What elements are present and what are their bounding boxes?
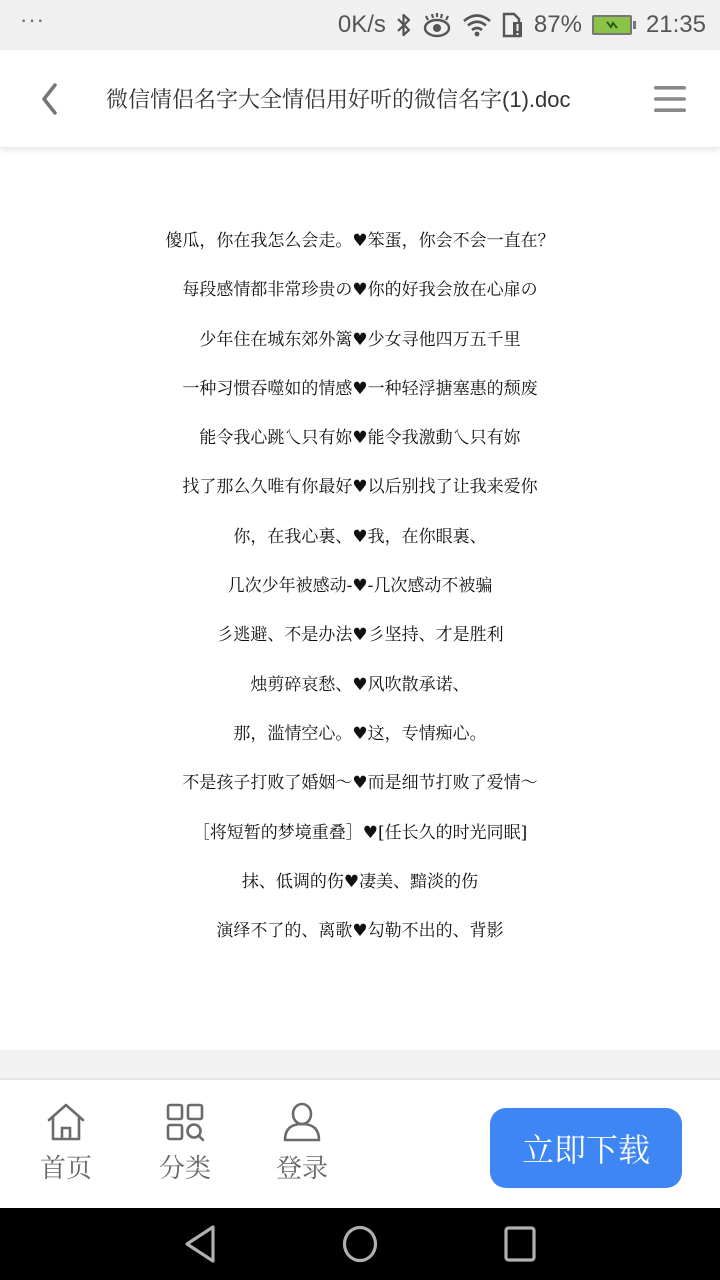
clock: 21:35 — [646, 11, 706, 39]
network-speed: 0K/s — [338, 11, 386, 39]
nav-home-label: 首页 — [40, 1148, 92, 1185]
battery-percent: 87% — [534, 11, 582, 39]
document-title: 微信情侣名字大全情侣用好听的微信名字(1).doc — [106, 83, 620, 114]
nav-home[interactable]: 首页 — [26, 1102, 106, 1192]
bluetooth-icon — [396, 12, 412, 38]
screen: ··· 0K/s 87% 21:35 — [0, 0, 720, 1280]
document-line: 你，在我心裏、♥我，在你眼裏、 — [233, 522, 486, 571]
menu-button[interactable] — [620, 50, 720, 148]
home-icon — [45, 1102, 87, 1142]
nav-login[interactable]: 登录 — [262, 1102, 342, 1192]
eye-icon — [422, 12, 452, 38]
overflow-dots: ··· — [20, 9, 45, 31]
wifi-icon — [462, 13, 492, 37]
document-line: 每段感情都非常珍贵の♥你的好我会放在心扉の — [182, 275, 537, 324]
recents-square-icon — [502, 1224, 538, 1264]
system-recents-button[interactable] — [480, 1208, 560, 1280]
document-line: 几次少年被感动-♥-几次感动不被骗 — [228, 571, 493, 620]
battery-charging-icon — [592, 15, 636, 35]
document-line: 那，滥情空心。♥这，专情痴心。 — [233, 719, 486, 768]
sim-alert-icon — [502, 12, 524, 38]
document-line: 不是孩子打败了婚姻～♥而是细节打败了爱情～ — [182, 768, 537, 817]
nav-login-label: 登录 — [276, 1148, 328, 1185]
back-triangle-icon — [182, 1224, 218, 1264]
chevron-left-icon — [39, 82, 59, 116]
user-icon — [281, 1102, 323, 1142]
document-line: 演绎不了的、离歌♥勾勒不出的、背影 — [216, 916, 503, 965]
status-bar: ··· 0K/s 87% 21:35 — [0, 0, 720, 50]
document-line: 烛剪碎哀愁、♥风吹散承诺、 — [250, 670, 469, 719]
page-separator — [0, 1050, 720, 1078]
document-text: 傻瓜，你在我怎么会走。♥笨蛋，你会不会一直在？ 每段感情都非常珍贵の♥你的好我会… — [0, 226, 720, 965]
back-button[interactable] — [0, 50, 100, 148]
system-back-button[interactable] — [160, 1208, 240, 1280]
system-navigation-bar — [0, 1208, 720, 1280]
document-line: 能令我心跳乀只有妳♥能令我激動乀只有妳 — [199, 423, 520, 472]
download-button[interactable]: 立即下载 — [490, 1108, 682, 1188]
nav-category-label: 分类 — [159, 1148, 211, 1185]
document-line: 一种习惯吞噬如的情感♥一种轻浮搪塞惠的颓废 — [182, 374, 537, 423]
app-header: 微信情侣名字大全情侣用好听的微信名字(1).doc — [0, 50, 720, 148]
system-home-button[interactable] — [320, 1208, 400, 1280]
status-icons: 0K/s 87% 21:35 — [338, 11, 706, 39]
bottom-toolbar: 首页 分类 登录 立即下载 — [0, 1078, 720, 1208]
home-circle-icon — [341, 1224, 379, 1264]
hamburger-menu-icon — [653, 84, 687, 114]
document-line: 彡逃避、不是办法♥彡坚持、才是胜利 — [216, 620, 503, 669]
document-line: 傻瓜，你在我怎么会走。♥笨蛋，你会不会一直在？ — [165, 226, 554, 275]
document-line: 找了那么久唯有你最好♥以后别找了让我来爱你 — [182, 472, 537, 521]
document-line: 抹、低调的伤♥凄美、黯淡的伤 — [242, 867, 478, 916]
document-line: ［将短暂的梦境重叠］♥[任长久的时光同眠] — [193, 818, 528, 867]
category-search-icon — [165, 1102, 205, 1142]
document-line: 少年住在城东郊外篱♥少女寻他四万五千里 — [199, 325, 520, 374]
document-viewer[interactable]: 傻瓜，你在我怎么会走。♥笨蛋，你会不会一直在？ 每段感情都非常珍贵の♥你的好我会… — [0, 148, 720, 1050]
nav-category[interactable]: 分类 — [145, 1102, 225, 1192]
